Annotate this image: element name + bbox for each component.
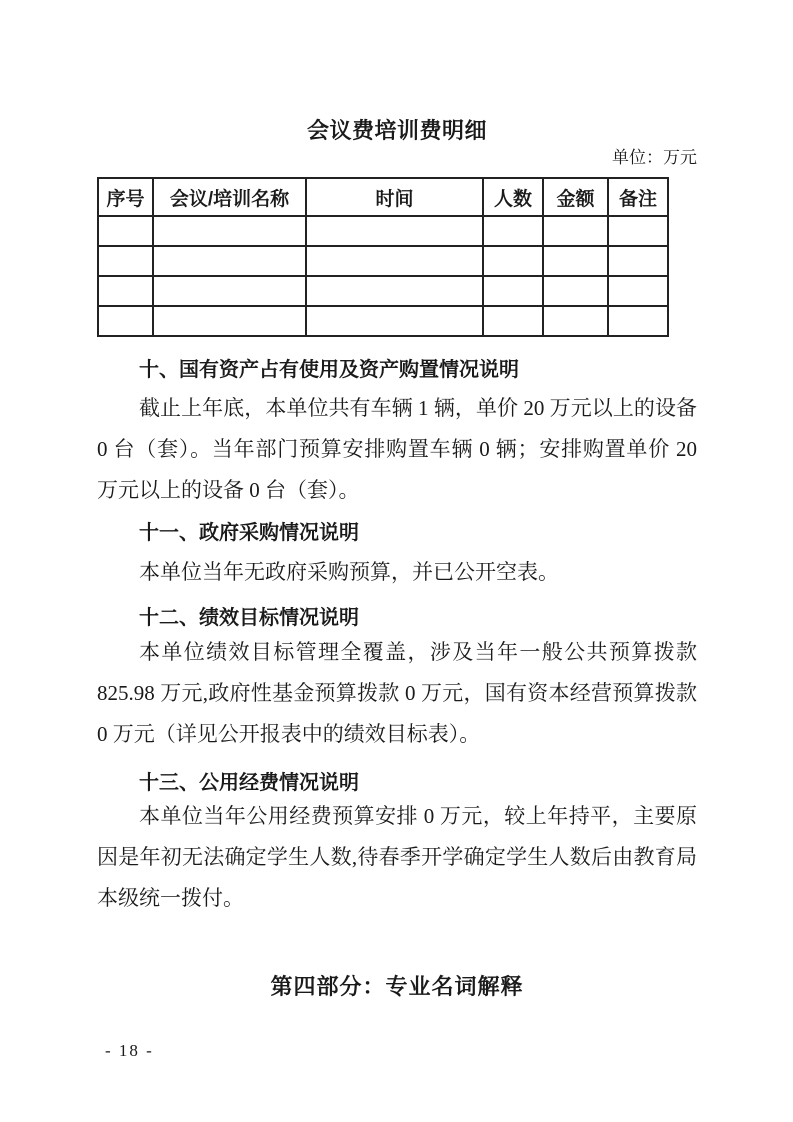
table-cell: [306, 246, 483, 276]
table-row: [98, 246, 668, 276]
section-body-13: 本单位当年公用经费预算安排 0 万元，较上年持平，主要原因是年初无法确定学生人数…: [97, 796, 697, 919]
table-cell: [153, 246, 306, 276]
table-cell: [483, 246, 543, 276]
column-header-time: 时间: [306, 178, 483, 216]
section-heading-11: 十一、政府采购情况说明: [97, 520, 739, 546]
table-cell: [608, 306, 668, 336]
table-cell: [153, 216, 306, 246]
section-body-10: 截止上年底，本单位共有车辆 1 辆，单价 20 万元以上的设备 0 台（套）。当…: [97, 388, 697, 511]
table-cell: [608, 246, 668, 276]
section-heading-13: 十三、公用经费情况说明: [97, 770, 739, 796]
table-cell: [543, 246, 608, 276]
table-cell: [306, 216, 483, 246]
table-cell: [306, 306, 483, 336]
table-cell: [98, 216, 153, 246]
table-cell: [306, 276, 483, 306]
table-cell: [153, 306, 306, 336]
table-row: [98, 276, 668, 306]
table-cell: [483, 306, 543, 336]
table-row: [98, 306, 668, 336]
table-cell: [543, 216, 608, 246]
table-cell: [483, 276, 543, 306]
column-header-remark: 备注: [608, 178, 668, 216]
table-cell: [98, 306, 153, 336]
table-row: [98, 216, 668, 246]
section-body-12: 本单位绩效目标管理全覆盖，涉及当年一般公共预算拨款 825.98 万元,政府性基…: [97, 632, 697, 755]
page-number: - 18 -: [105, 1041, 154, 1061]
section-heading-12: 十二、绩效目标情况说明: [97, 605, 739, 631]
column-header-index: 序号: [98, 178, 153, 216]
table-cell: [608, 216, 668, 246]
unit-note: 单位：万元: [97, 147, 697, 169]
table-cell: [543, 276, 608, 306]
section-body-11: 本单位当年无政府采购预算，并已公开空表。: [97, 552, 697, 593]
table-cell: [98, 276, 153, 306]
table-cell: [483, 216, 543, 246]
part4-section-title: 第四部分：专业名词解释: [97, 972, 697, 1002]
table-cell: [608, 276, 668, 306]
column-header-amount: 金额: [543, 178, 608, 216]
table-cell: [98, 246, 153, 276]
table-cell: [543, 306, 608, 336]
page-title: 会议费培训费明细: [97, 116, 697, 146]
table-cell: [153, 276, 306, 306]
table-header-row: 序号 会议/培训名称 时间 人数 金额 备注: [98, 178, 668, 216]
document-page: 会议费培训费明细 单位：万元 序号 会议/培训名称 时间 人数 金额 备注 十、…: [0, 0, 793, 1122]
meeting-training-fee-table: 序号 会议/培训名称 时间 人数 金额 备注: [97, 177, 669, 337]
table-body: [98, 216, 668, 336]
column-header-name: 会议/培训名称: [153, 178, 306, 216]
column-header-people: 人数: [483, 178, 543, 216]
section-heading-10: 十、国有资产占有使用及资产购置情况说明: [97, 357, 739, 383]
